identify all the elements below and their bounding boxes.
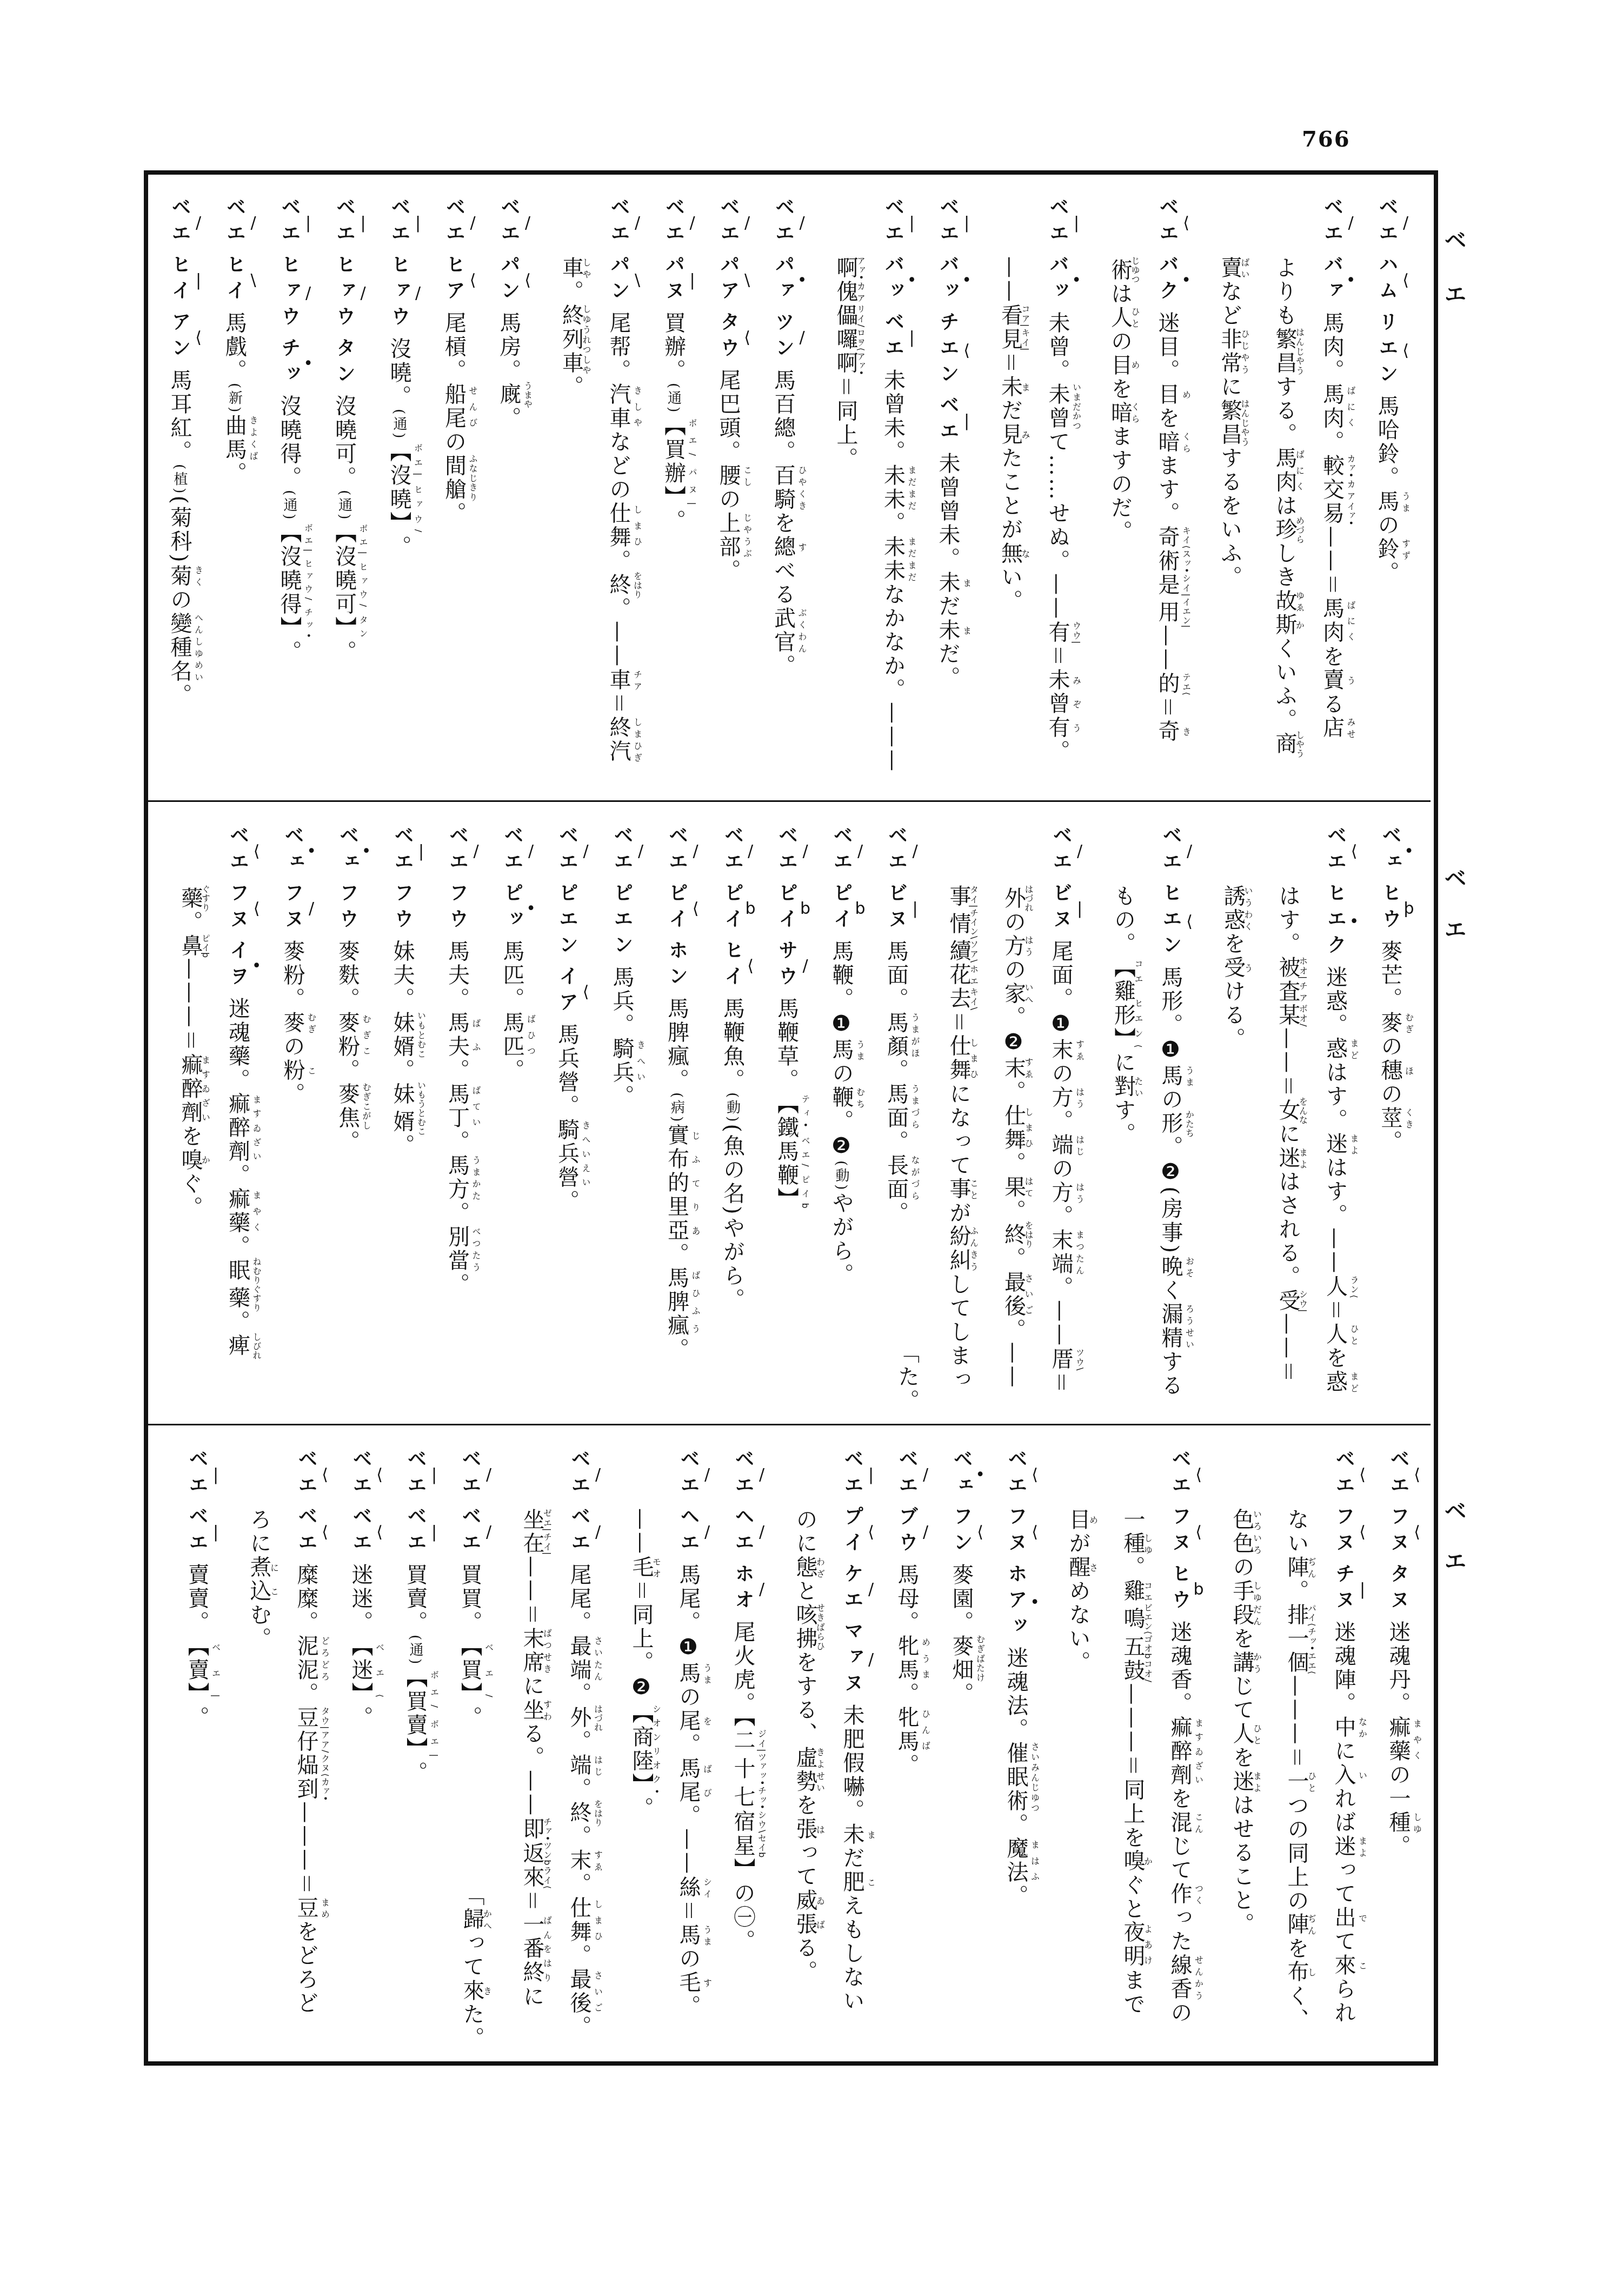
tone-mark: ⟨ [1353, 1449, 1372, 1501]
definition-text: 馬兵。 [609, 966, 634, 1037]
ruby-annotation: 繁昌はんじやう [1272, 328, 1297, 375]
ruby-reading: いへ [1023, 982, 1034, 1006]
ruby-base: 啊 [833, 351, 858, 375]
tone-mark: b [796, 882, 815, 934]
heading-syllable: パン⟨ [498, 254, 520, 306]
tone-mark: / [480, 1449, 498, 1501]
ruby-annotation: 妹婿いもとむこ [390, 1011, 415, 1059]
ruby-annotation: 痲藥まやく [1386, 1716, 1411, 1763]
syllable-kana: ベエ [295, 1506, 317, 1558]
definition-text: じて [1167, 1835, 1192, 1882]
heading-syllable: ベエ| [186, 1506, 208, 1558]
entry-column: ベエ/ヘエ/馬尾。❶馬うまの尾を。馬尾ばび。——絲シイ＝馬うまの毛す。 [661, 1426, 715, 2060]
heading-syllable: ベエ/ [1321, 197, 1343, 249]
definition-text: 。 [348, 1706, 373, 1730]
definition-text: 。 [567, 1777, 591, 1801]
entry-column: ベエ/ベエ/買買。【買】ベエ/。「歸かへって來きた。 [442, 1426, 497, 2060]
ruby-annotation: 馬うま [829, 1038, 854, 1062]
ruby-reading: コオ/ [1143, 1659, 1153, 1683]
entry-definition: 事タイ|情チイン\續ソア\花ホエ去キイ\＝仕舞しまひになって事ことが紛糾ふんきう… [946, 885, 971, 1391]
ruby-base: 腰 [716, 464, 741, 488]
definition-text: 。 [949, 1682, 974, 1706]
ruby-reading: しびれ [251, 1332, 262, 1360]
ruby-base: 囉 [833, 328, 858, 351]
definition-text: 未肥假嚇。 [840, 1704, 864, 1823]
ruby-base: 繁昌 [1218, 399, 1242, 447]
tone-mark: | [957, 197, 976, 249]
definition-text: 。 [1374, 561, 1399, 585]
ruby-base: 泥泥 [294, 1635, 318, 1682]
syllable-kana: ベエ [186, 1506, 208, 1558]
tone-mark: ⟨ [316, 1449, 335, 1501]
heading-syllable: ベエ| [937, 395, 959, 447]
ruby-reading: をはり [593, 1800, 603, 1827]
tone-mark: / [628, 197, 647, 249]
syllable-kana: フヌ [227, 882, 249, 934]
tone-mark: / [589, 1506, 608, 1558]
syllable-kana: ベエ [388, 197, 410, 249]
heading-syllable: ベエ/ [169, 197, 191, 249]
ruby-base: 催眠術 [1003, 1742, 1028, 1813]
ruby-annotation: 最後さいご [567, 1968, 591, 2015]
definition-text: 。 [884, 1130, 909, 1154]
syllable-kana: ベエ [447, 825, 469, 877]
ruby-base: 排 [1284, 1603, 1309, 1627]
definition-text: 。 [884, 1202, 909, 1225]
ruby-reading: むぎこ [361, 1011, 371, 1059]
definition-text: はす。—— [1323, 1156, 1348, 1275]
heading-syllable: ベェ• [950, 1449, 973, 1501]
heading-syllable: ハム⟨ [1376, 254, 1398, 306]
syllable-kana: ヒイ [224, 254, 246, 306]
ruby-base: 終列車 [559, 304, 584, 375]
definition-text: の [1378, 1083, 1402, 1106]
ruby-base: 在 [520, 1532, 544, 1556]
ruby-annotation: 迷まよ [1275, 1146, 1300, 1170]
entry-definition: 迷魂法。催眠術さいみんじゆつ。魔法まはふ。 [1003, 1647, 1028, 1908]
heading-syllable: ケエ/ [841, 1563, 863, 1615]
ruby-reading: チァ• [542, 1817, 553, 1841]
syllable-kana: チエン [937, 311, 959, 389]
ruby-annotation: 中なか [1331, 1716, 1356, 1740]
definition-text: を [1108, 377, 1133, 401]
syllable-kana: ベエ [404, 1506, 427, 1558]
tone-mark: / [698, 1506, 717, 1558]
ruby-annotation: 馬丁ばてい [445, 1083, 470, 1130]
definition-text: 【 [730, 1716, 755, 1729]
definition-text: はす。 [1323, 1061, 1348, 1132]
tone-mark: | [906, 882, 924, 934]
ruby-reading: は [815, 1817, 826, 1841]
entry-definition: 藥ぐすり。鼻ピイþ———＝痲醉劑ますゐざいを嗅かぐ。 [178, 885, 203, 1220]
ruby-base: 牝馬 [894, 1706, 919, 1754]
ruby-annotation: 痲醉劑ますゐざい [178, 1053, 203, 1125]
definition-text: 買賣。 [403, 1563, 428, 1635]
tone-mark: • [1026, 1563, 1045, 1641]
syllable-kana: ヒァウ [334, 254, 356, 332]
entry-definition: 妹夫。妹婿いもとむこ。妹婿いもうとむこ。 [390, 940, 415, 1158]
definition-text: ——＝ [1275, 1027, 1300, 1099]
ruby-reading: か [1295, 613, 1305, 637]
definition-text: ❷ [629, 1675, 654, 1702]
definition-text: 。 [567, 2015, 591, 2039]
definition-text: の [1001, 911, 1026, 934]
tone-mark: | [412, 825, 431, 877]
heading-syllable: ベエ⟨ [1169, 1449, 1191, 1501]
ruby-reading: しまひ [633, 502, 643, 549]
ruby-annotation: 啊アァ• [833, 351, 858, 375]
definition-text: る。—— [520, 1722, 544, 1817]
definition-text: を [1323, 1346, 1348, 1370]
tone-mark: / [522, 825, 541, 877]
ruby-annotation: 厝ツウ\ [1048, 1348, 1073, 1371]
ruby-base: 端 [1048, 1133, 1073, 1157]
definition-text: 迷目。 [1155, 311, 1180, 383]
tone-mark: / [698, 1449, 717, 1501]
definition-text: 。 [222, 462, 247, 486]
definition-text: ———＝ [294, 1801, 318, 1896]
ruby-reading: う [1243, 956, 1253, 980]
ruby-annotation: 菊きく [167, 565, 192, 588]
definition-text: 。 [277, 640, 302, 664]
ruby-annotation: 較カァ• [1320, 454, 1345, 478]
ruby-reading: ボエ/ パヌ| [687, 414, 697, 509]
syllable-kana: フウ [447, 882, 469, 934]
syllable-kana: バァ [1321, 254, 1343, 306]
ruby-base: 非常 [1218, 328, 1242, 375]
heading-syllable: ベエ⟨ [295, 1449, 317, 1501]
ruby-annotation: 作つく [1167, 1882, 1192, 1906]
ruby-base: 仔 [294, 1730, 318, 1754]
entry-reading: ベエ/ピイ⟨ホン [664, 825, 689, 997]
definition-text: 。 [894, 1754, 919, 1777]
definition-text: 。 [676, 1995, 701, 2019]
ruby-base: 仕舞 [567, 1896, 591, 1944]
heading-syllable: ベエ/ [732, 1449, 754, 1501]
ruby-reading: タイ| [969, 885, 979, 908]
ruby-base: 間艙 [442, 454, 467, 502]
ruby-reading: むぎこがし [361, 1083, 371, 1130]
definition-text: (魚の名) [720, 1124, 745, 1216]
ruby-reading: ばつせき [542, 1627, 553, 1675]
ruby-annotation: 【賣】ベエ| [184, 1635, 209, 1706]
entry-column: ベエ⟨フヌ⟨ホアッ•迷魂法。催眠術さいみんじゆつ。魔法まはふ。 [988, 1426, 1043, 2060]
ruby-annotation: 故ゆゑ [1272, 589, 1297, 613]
entry-definition: 馬兵營。騎兵營きへいえい。 [555, 1023, 580, 1213]
definition-text: まで [1120, 1968, 1145, 2016]
entry-column: ベエ|ヒァウ/沒曉。(通)【沒曉】ボエ| ヒァウ/。 [371, 175, 427, 800]
ruby-base: 最後 [1001, 1271, 1026, 1318]
entry-column: ベエ|バッ•チエン⟨ベエ|未曾曾未。未まだ未まだ。 [920, 175, 975, 800]
entry-column: ベエ|プイ⟨ケエ/マァヌ/未肥假嚇。未まだ肥こえもしない [824, 1426, 879, 2060]
definition-text: するをいふ。 [1218, 447, 1242, 589]
definition-text: 馬戲。 [222, 311, 247, 383]
ruby-annotation: 未曾いまだかつ [1045, 383, 1070, 430]
ruby-annotation: 店みせ [1320, 716, 1345, 740]
definition-text: の [1001, 958, 1026, 982]
continuation-column: 術じゆつは人ひとの目めを暗くらますのだ。 [1085, 175, 1140, 800]
syllable-kana: ベエ [501, 825, 523, 877]
ruby-base: 百騎 [771, 464, 796, 512]
entry-column: ベエ/ハム⟨リエン⟨馬哈鈴。馬うまの鈴すず。 [1359, 175, 1414, 800]
ruby-annotation: 陣ぢん [1284, 1913, 1309, 1936]
ruby-annotation: 奇キイ⟨ [1155, 526, 1180, 549]
entry-column: ベエ|ヒァウ/タン沒曉可。(通)【沒曉可】ボエ| ヒァウ/ タン。 [316, 175, 371, 800]
heading-syllable: ベエ/ [666, 825, 688, 877]
definition-text: 。 [1320, 430, 1345, 454]
ruby-annotation: 講かう [1229, 1651, 1254, 1675]
syllable-kana: ヘエ [732, 1506, 754, 1558]
heading-syllable: ヒァウ/ [388, 254, 410, 332]
definition-text: もの。 [1111, 885, 1136, 956]
ruby-annotation: 家いへ [1001, 982, 1026, 1006]
ruby-reading: ボエ| ヒァウ/ [413, 440, 423, 535]
entry-reading: ベエ⟨ヒエク• [1323, 825, 1348, 966]
ruby-reading: ばび [702, 1757, 713, 1804]
ruby-annotation: 人ひと [1323, 1323, 1348, 1346]
ruby-reading: はじ [593, 1754, 603, 1777]
ruby-annotation: 態わざ [793, 1556, 817, 1580]
ruby-reading: にこ [269, 1556, 280, 1603]
tone-mark: þ [1400, 882, 1419, 934]
heading-syllable: ヒウb [1169, 1563, 1191, 1615]
syllable-kana: ベェ [1379, 825, 1401, 877]
ruby-base: 眠藥 [225, 1257, 250, 1312]
ruby-base: 馬匹 [500, 1011, 524, 1059]
heading-syllable: ヒエク• [1325, 882, 1347, 960]
definition-text: つの同上の [1284, 1794, 1309, 1913]
entry-column: ベエ⟨フヌ⟨イヲ•迷魂藥。痲醉劑ますゐざい。痲藥まやく。眠藥ねむりぐすり。痺しび… [210, 803, 265, 1423]
ruby-annotation: 虛勢きよせい [793, 1746, 817, 1794]
ruby-base: 鈴 [1374, 537, 1399, 561]
entry-definition: 麥園。麥畑むぎばたけ。 [949, 1563, 974, 1706]
ruby-base: 賣 [1218, 256, 1242, 280]
definition-text: 馬夫。 [445, 940, 470, 1011]
entry-column: ベエ/ピイ⟨ホン馬脾瘋。(病)實布的里亞じふてりあ。馬脾瘋ばひふう。 [649, 803, 704, 1423]
ruby-reading: チイ| [542, 1532, 553, 1556]
entry-column: ベェ•フヌ/麥粉。麥むぎの粉こ。 [265, 803, 320, 1423]
definition-text: 。 [609, 1085, 634, 1109]
definition-text: 。 [184, 1706, 209, 1730]
heading-syllable: ヘエ/ [732, 1506, 754, 1558]
ruby-annotation: 催眠術さいみんじゆつ [1003, 1742, 1028, 1813]
syllable-kana: ベエ [186, 1449, 208, 1501]
definition-text: を [1229, 1627, 1254, 1651]
tone-mark: • [902, 254, 921, 306]
entry-column: ベエ⟨フヌ⟨チヌ|迷魂陣。中なかに入いれば迷まよって出でて來こられ [1316, 1426, 1371, 2060]
ruby-annotation: 間艙ふなじきり [442, 454, 467, 502]
ruby-base: 方 [1048, 1181, 1073, 1205]
ruby-reading: ロヲ⟨ [856, 328, 866, 351]
syllable-kana: ベエ [1050, 825, 1072, 877]
ruby-reading: うま [702, 1923, 713, 1947]
continuation-column: 誘惑いうわくを受うける。 [1198, 803, 1253, 1423]
syllable-kana: ベエ [459, 1449, 481, 1501]
ruby-base: 來 [520, 1866, 544, 1889]
tone-mark: ⟨ [576, 966, 595, 1018]
entry-definition: 術じゆつは人ひとの目めを暗くらますのだ。 [1108, 256, 1133, 544]
definition-text: をどろど [294, 1920, 318, 2015]
definition-text: 妹夫。 [390, 940, 415, 1011]
ruby-reading: ばひつ [526, 1011, 536, 1059]
definition-text: 馬母。 [894, 1563, 919, 1635]
heading-syllable: ベエ| [937, 197, 959, 249]
tone-mark: / [1070, 825, 1089, 877]
definition-text: する [1158, 1350, 1183, 1398]
ruby-annotation: 終汽しまひぎ [606, 716, 631, 764]
ruby-base: 絲 [676, 1876, 701, 1900]
ruby-annotation: 醒さ [1066, 1556, 1090, 1580]
tone-mark: ⟨ [518, 254, 537, 306]
ruby-annotation: 形かたち [1158, 1112, 1183, 1136]
definition-text: に [1275, 1123, 1300, 1146]
ruby-reading: ベエ/ [484, 1635, 494, 1706]
entry-definition: 馬面。馬顏うまがほ。馬面うまづら。長面ながづら。 [884, 940, 909, 1225]
heading-syllable: フヌ⟨ [1387, 1506, 1409, 1558]
entry-reading: ベェ•フウ [335, 825, 360, 940]
definition-text: 。 [894, 1682, 919, 1706]
ruby-reading: を [702, 1709, 713, 1733]
ruby-annotation: 十ツァッ• [730, 1753, 755, 1786]
heading-syllable: ヒエン⟨ [1160, 882, 1182, 960]
ruby-annotation: 馬顏うまがほ [884, 1011, 909, 1059]
ruby-reading: ライ⟨ [542, 1866, 553, 1889]
entry-column: ベエ/パン⟨馬房。廐うまや。 [481, 175, 536, 800]
definition-text: ❷ [1001, 1030, 1026, 1057]
ruby-reading: ひと [1307, 1770, 1317, 1794]
ruby-base: 來 [1331, 1954, 1356, 1978]
heading-syllable: チエン⟨ [937, 311, 959, 389]
ruby-base: 方 [1001, 934, 1026, 958]
ruby-base: 目 [1066, 1508, 1090, 1532]
ruby-annotation: 人ラン⟨ [1323, 1275, 1348, 1299]
ruby-reading: おそ [1185, 1255, 1195, 1279]
definition-text: の一 [1386, 1763, 1411, 1811]
entry-column: ベエ/ヒイ|アン⟨馬耳紅。(植)(菊科)菊きくの變種名へんしゆめい。 [152, 175, 207, 800]
heading-syllable: ベエ/ [886, 825, 908, 877]
ruby-reading: す [702, 1971, 713, 1995]
ruby-reading: ふなじきり [468, 454, 478, 502]
ruby-annotation: 【迷】ベエ⟨ [348, 1635, 373, 1706]
ruby-annotation: 査チア [1275, 980, 1300, 1004]
ruby-reading: チア [1298, 980, 1308, 1004]
entry-definition: ——毛モオ＝同上。❷【商陸】シオンリオク•。 [629, 1508, 654, 1821]
ruby-annotation: 歸かへ [460, 1908, 484, 1932]
tone-mark: / [302, 882, 321, 934]
ruby-base: 端 [567, 1754, 591, 1777]
entry-column: ベエ/ピイbサウ/馬鞭草。【鐵馬鞭】ティ• ベエ/ ピイb [759, 803, 814, 1423]
syllable-kana: タン [334, 337, 356, 389]
entry-column: ベエ/ヒイ\馬戲。(新)曲馬きよくば。 [207, 175, 262, 800]
ruby-reading: アァ• [856, 351, 866, 375]
continuation-column: ——看コア|見キイ|＝未まだ見みたことが無ない。 [975, 175, 1030, 800]
continuation-column: 啊アァ•傀カア儡リイ/囉ロヲ⟨啊アァ•＝同上。 [810, 175, 866, 800]
definition-text: を [1155, 407, 1180, 430]
tone-mark: • [522, 882, 541, 934]
ruby-annotation: 變種名へんしゆめい [167, 612, 192, 684]
ruby-reading: ひと [1349, 1323, 1359, 1346]
entry-reading: ベェ•フン⟨ [949, 1449, 974, 1563]
heading-syllable: ベエ/ [459, 1449, 481, 1501]
definition-text: なかなか。——— [881, 583, 906, 773]
ruby-base: 事 [946, 885, 971, 908]
heading-syllable: バッ• [882, 254, 904, 306]
ruby-annotation: 傀カア [833, 280, 858, 304]
ruby-base: 星 [730, 1834, 755, 1858]
ruby-base: 到 [294, 1777, 318, 1801]
syllable-kana: ベエ [1333, 1449, 1355, 1501]
entry-column: ベエ/フウ馬夫。馬夫ばふ。馬丁ばてい。馬方うまかた。別當べつたう。 [429, 803, 484, 1423]
definition-text: い。 [998, 566, 1023, 613]
ruby-base: 術 [1108, 256, 1133, 284]
syllable-kana: プイ [841, 1506, 863, 1558]
definition-text: ———＝ [178, 958, 203, 1053]
ruby-annotation: 粉こ [280, 1059, 305, 1083]
continuation-column: はす。被ホオ|査チア某ボオ/——＝女をんなに迷まよはされる。受シウ|——＝ [1253, 803, 1308, 1423]
entry-column: ベエ⟨ヒエク•迷惑。惑まどはす。迷まよはす。——人ラン⟨＝人ひとを惑まど [1307, 803, 1362, 1423]
tone-mark: / [244, 197, 263, 249]
definition-text: だ [840, 1847, 864, 1870]
tone-mark: \ [738, 254, 757, 306]
ruby-reading: くら [1181, 430, 1192, 454]
heading-syllable: ベエ| [404, 1506, 427, 1558]
ruby-reading: まはふ [1030, 1837, 1040, 1884]
heading-syllable: ベエ/ [459, 1506, 481, 1558]
ruby-base: 雞 [1120, 1580, 1145, 1603]
tone-mark: / [738, 197, 757, 249]
heading-syllable: ベエ/ [611, 825, 633, 877]
entry-column: ベエ|バッ•未曾。未曾いまだかつて……せぬ。——有ウウ|＝未曾有みぞう。 [1030, 175, 1085, 800]
ruby-base: 斯 [1272, 613, 1297, 637]
entry-reading: ベエ|バッ•ベエ| [881, 197, 906, 369]
ruby-reading: イエン| [1181, 597, 1192, 628]
definition-text: くいふ。 [1272, 637, 1297, 732]
ruby-reading: ながづら [910, 1154, 920, 1202]
syllable-kana: フヌ [1005, 1506, 1027, 1558]
ruby-reading: で [1358, 1906, 1368, 1930]
ruby-base: 【沒曉可】 [332, 521, 357, 640]
definition-text: 。 [457, 1706, 482, 1730]
ruby-base: 情 [946, 908, 971, 939]
heading-syllable: バッ• [1047, 254, 1069, 306]
syllable-kana: ベエ [1160, 825, 1182, 877]
ruby-reading: ひと [1130, 306, 1140, 330]
heading-syllable: ヘエ/ [677, 1506, 700, 1558]
ruby-reading: こし [742, 464, 753, 488]
syllable-kana: ピイ [830, 882, 853, 934]
ruby-annotation: 毛モオ [629, 1556, 654, 1580]
entry-definition: 麥芒。麥むぎの穗ほの莖くき。 [1378, 940, 1402, 1154]
ruby-reading: しゆ [1143, 1532, 1153, 1556]
ruby-annotation: 鈴すず [1374, 537, 1399, 561]
syllable-kana: フン [950, 1506, 973, 1558]
ruby-annotation: 二ジイ| [730, 1729, 755, 1753]
ruby-annotation: 威張ゐば [793, 1889, 817, 1936]
definition-text: の [1048, 1062, 1073, 1086]
ruby-reading: す [797, 535, 807, 559]
ruby-reading: しまひ [969, 1034, 979, 1082]
ruby-reading: み [1020, 423, 1030, 447]
ruby-reading: パイ⟨ [1307, 1603, 1317, 1627]
ruby-annotation: 馬うま [1158, 1064, 1183, 1088]
tone-mark: • [302, 825, 321, 877]
ruby-base: 出 [1331, 1906, 1356, 1930]
definition-text: 。 [390, 1134, 415, 1158]
tone-mark: / [1396, 197, 1415, 249]
definition-text: ＝ [1048, 1371, 1073, 1395]
definition-text: 。 [629, 1797, 654, 1821]
ruby-base: 馬方 [445, 1154, 470, 1202]
